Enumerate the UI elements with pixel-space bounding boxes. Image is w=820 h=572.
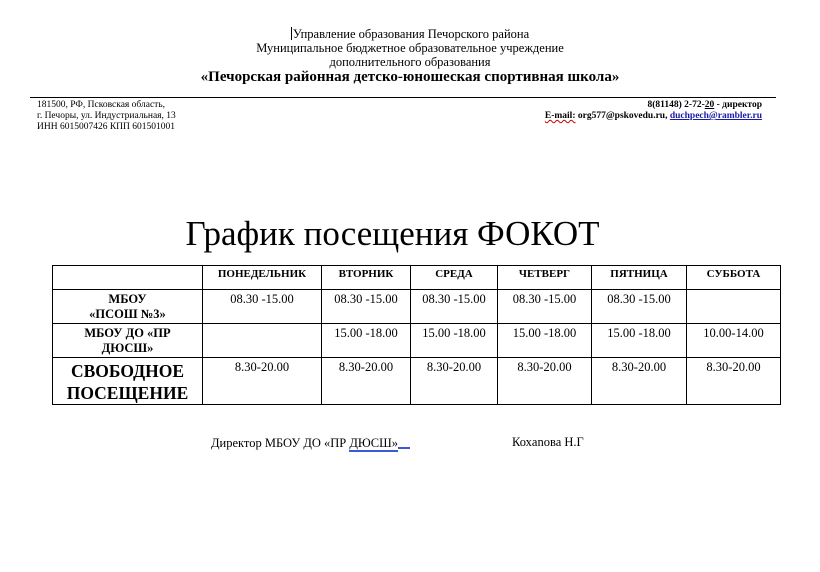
row-label-line-2: ДЮСШ» (53, 341, 202, 356)
table-cell: 8.30-20.00 (687, 358, 781, 405)
table-cell: 8.30-20.00 (322, 358, 411, 405)
address-line-2: г. Печоры, ул. Индустриальная, 13 (37, 111, 176, 122)
table-cell: 15.00 -18.00 (411, 324, 498, 358)
letterhead-line-3: дополнительного образования (0, 55, 820, 69)
contact-block: 8(81148) 2-72-20 - директор E-mail: org5… (545, 100, 762, 122)
table-cell: 08.30 -15.00 (411, 290, 498, 324)
document-title: График посещения ФОКОТ (0, 214, 785, 254)
signature-position: Директор МБОУ ДО «ПР ДЮСШ» (211, 435, 410, 451)
signature-position-prefix: Директор МБОУ ДО «ПР (211, 436, 349, 450)
phone-line: 8(81148) 2-72-20 - директор (545, 100, 762, 111)
row-label: МБОУ ДО «ПРДЮСШ» (53, 324, 203, 358)
header-thursday: ЧЕТВЕРГ (498, 266, 592, 290)
table-cell: 15.00 -18.00 (322, 324, 411, 358)
table-cell: 15.00 -18.00 (498, 324, 592, 358)
table-cell: 08.30 -15.00 (203, 290, 322, 324)
table-row: МБОУ ДО «ПРДЮСШ» 15.00 -18.00 15.00 -18.… (53, 324, 781, 358)
email-primary[interactable]: org577@pskovedu.ru, (578, 111, 668, 121)
table-cell: 8.30-20.00 (411, 358, 498, 405)
signature-name: Кохanова Н.Г (512, 435, 584, 450)
table-cell: 10.00-14.00 (687, 324, 781, 358)
phone-prefix: 8(81148) 2-72- (647, 100, 704, 110)
email-label: E-mail: (545, 111, 576, 121)
table-cell: 08.30 -15.00 (592, 290, 687, 324)
row-label: МБОУ«ПСОШ №3» (53, 290, 203, 324)
row-label-line-1: МБОУ ДО «ПР (53, 326, 202, 341)
header-cell-empty (53, 266, 203, 290)
header-saturday: СУББОТА (687, 266, 781, 290)
letterhead-line-2: Муниципальное бюджетное образовательное … (0, 41, 820, 55)
schedule-table: ПОНЕДЕЛЬНИК ВТОРНИК СРЕДА ЧЕТВЕРГ ПЯТНИЦ… (52, 265, 781, 405)
table-cell: 8.30-20.00 (498, 358, 592, 405)
email-line: E-mail: org577@pskovedu.ru, duchpech@ram… (545, 111, 762, 122)
table-cell: 08.30 -15.00 (498, 290, 592, 324)
table-cell (687, 290, 781, 324)
table-header-row: ПОНЕДЕЛЬНИК ВТОРНИК СРЕДА ЧЕТВЕРГ ПЯТНИЦ… (53, 266, 781, 290)
text-cursor (291, 27, 292, 40)
letterhead-authority: Управление образования Печорского района (293, 27, 529, 41)
letterhead-line-1: Управление образования Печорского района (0, 27, 820, 41)
letterhead-school-name: «Печорская районная детско-юношеская спо… (0, 69, 820, 86)
row-label-line-1: МБОУ (53, 292, 202, 307)
address-line-3: ИНН 6015007426 КПП 601501001 (37, 122, 176, 133)
letterhead-divider (30, 97, 776, 98)
header-monday: ПОНЕДЕЛЬНИК (203, 266, 322, 290)
phone-role: - директор (714, 100, 762, 110)
address-line-1: 181500, РФ, Псковская область, (37, 100, 176, 111)
table-row: СВОБОДНОЕПОСЕЩЕНИЕ 8.30-20.00 8.30-20.00… (53, 358, 781, 405)
table-cell: 08.30 -15.00 (322, 290, 411, 324)
table-cell: 8.30-20.00 (592, 358, 687, 405)
address-block: 181500, РФ, Псковская область, г. Печоры… (37, 100, 176, 133)
phone-suffix: 20 (705, 100, 715, 110)
header-friday: ПЯТНИЦА (592, 266, 687, 290)
table-row: МБОУ«ПСОШ №3» 08.30 -15.00 08.30 -15.00 … (53, 290, 781, 324)
header-wednesday: СРЕДА (411, 266, 498, 290)
row-label-line-2: «ПСОШ №3» (53, 307, 202, 322)
row-label-line-1: СВОБОДНОЕ (53, 360, 202, 382)
row-label: СВОБОДНОЕПОСЕЩЕНИЕ (53, 358, 203, 405)
table-cell: 8.30-20.00 (203, 358, 322, 405)
email-secondary-link[interactable]: duchpech@rambler.ru (670, 111, 762, 121)
signature-position-suffix: ДЮСШ» (349, 436, 398, 452)
header-tuesday: ВТОРНИК (322, 266, 411, 290)
underline-tail (398, 435, 410, 449)
row-label-line-2: ПОСЕЩЕНИЕ (53, 382, 202, 404)
table-cell: 15.00 -18.00 (592, 324, 687, 358)
table-cell (203, 324, 322, 358)
